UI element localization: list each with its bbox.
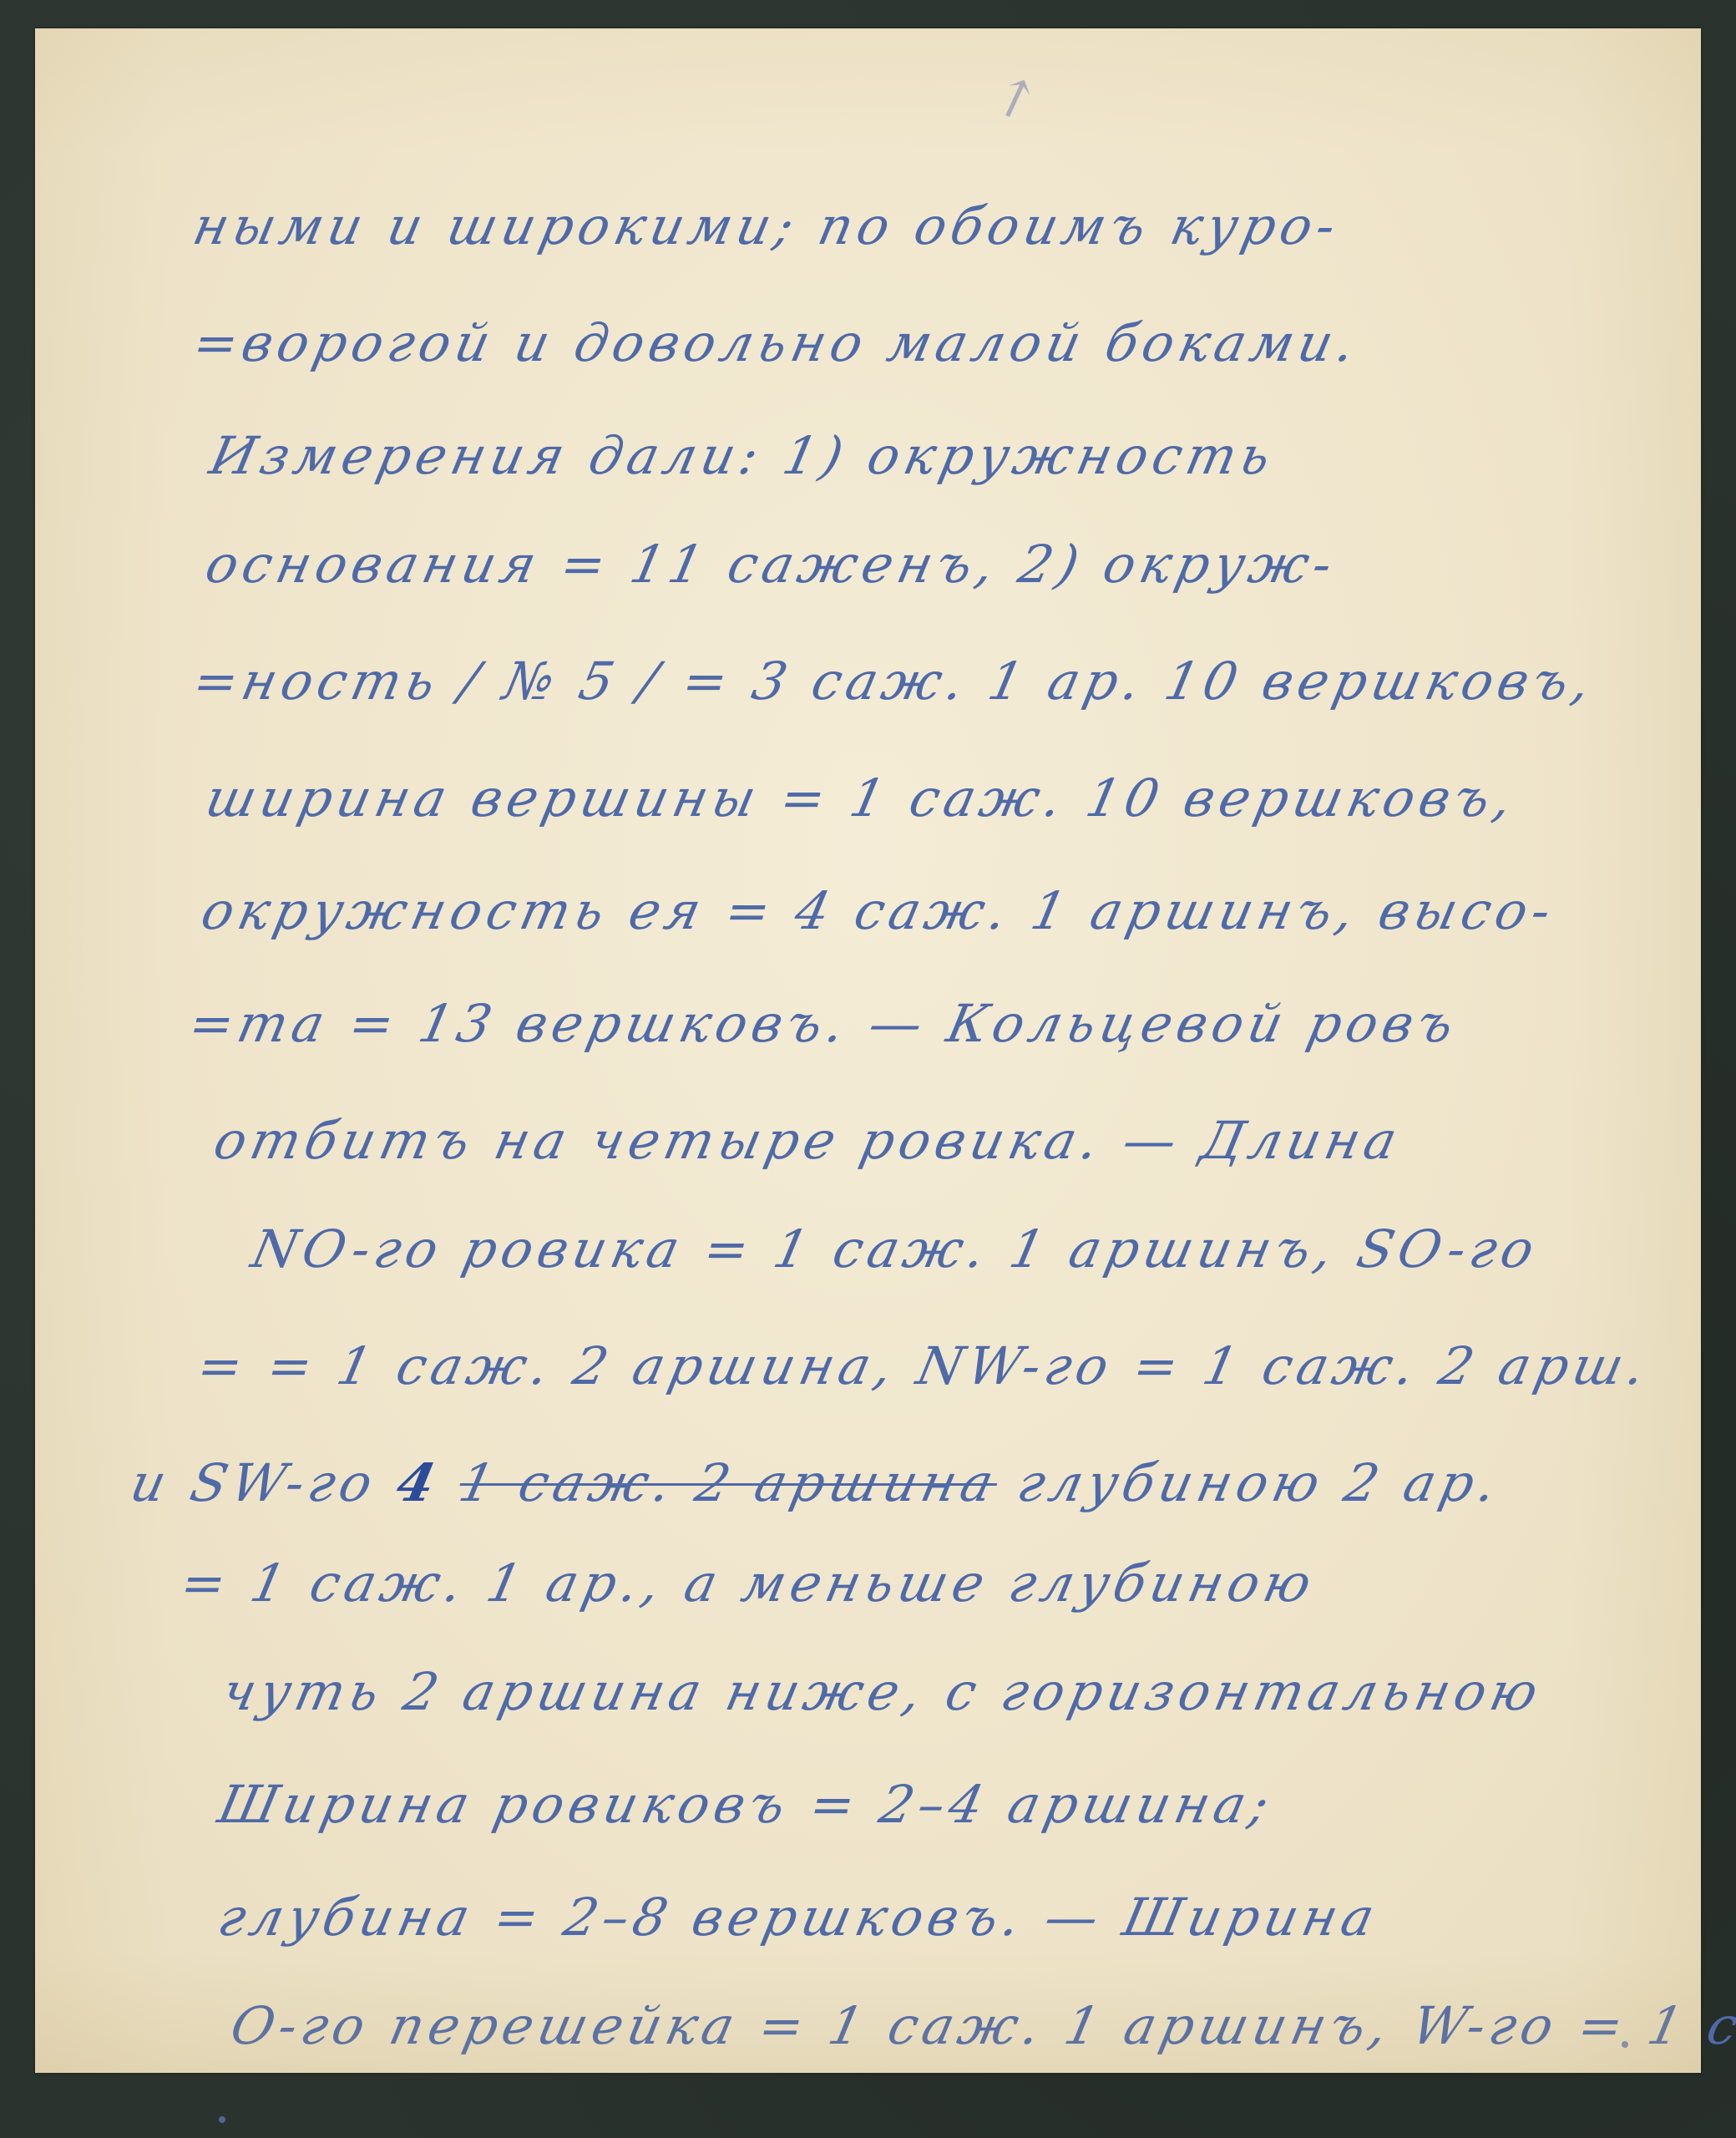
manuscript-line-12: и SW-го 4 1 саж. 2 аршина глубиною 2 ар. — [125, 1452, 1506, 1513]
manuscript-line-4: основания = 11 саженъ, 2) окруж- — [200, 534, 1343, 595]
manuscript-line-7: окружность ея = 4 саж. 1 аршинъ, высо- — [196, 880, 1561, 941]
manuscript-line-1: ными и широкими; по обоимъ куро- — [188, 195, 1346, 256]
manuscript-line-8: =та = 13 вершковъ. — Кольцевой ровъ — [184, 993, 1464, 1054]
ink-spot — [219, 2116, 225, 2123]
manuscript-sheet: ↗ ными и широкими; по обоимъ куро- =воро… — [35, 28, 1701, 2073]
manuscript-line-2: =ворогой и довольно малой боками. — [188, 312, 1365, 373]
line-12-suffix: глубиною 2 ар. — [1012, 1452, 1506, 1513]
manuscript-line-13: = 1 саж. 1 ар., а меньше глубиною — [175, 1553, 1322, 1614]
struck-through-text: 1 саж. 2 аршина — [454, 1452, 1005, 1513]
line-12-prefix: и SW-го — [125, 1452, 382, 1513]
correction-mark: 4 — [392, 1452, 446, 1513]
manuscript-line-14: чуть 2 аршина ниже, с горизонтальною — [217, 1661, 1548, 1722]
manuscript-line-17: О-го перешейка = 1 саж. 1 аршинъ, W-го =… — [225, 1995, 1736, 2056]
manuscript-line-5: =ность / № 5 / = 3 саж. 1 ар. 10 вершков… — [188, 651, 1601, 712]
manuscript-line-10: NO-го ровика = 1 саж. 1 аршинъ, SO-го — [246, 1218, 1545, 1279]
handwritten-text-block: ными и широкими; по обоимъ куро- =ворого… — [35, 28, 1701, 2073]
manuscript-line-9: отбитъ на четыре ровика. — Длина — [209, 1110, 1407, 1171]
manuscript-line-16: глубина = 2–8 вершковъ. — Ширина — [213, 1887, 1384, 1948]
ink-spot — [1622, 2041, 1628, 2048]
manuscript-line-6: ширина вершины = 1 саж. 10 вершковъ, — [200, 768, 1522, 828]
manuscript-line-11: = = 1 саж. 2 аршина, NW-го = 1 саж. 2 ар… — [192, 1335, 1656, 1396]
manuscript-line-3: Измерения дали: 1) окружность — [205, 425, 1281, 486]
manuscript-line-15: Ширина ровиковъ = 2–4 аршина; — [213, 1774, 1279, 1835]
